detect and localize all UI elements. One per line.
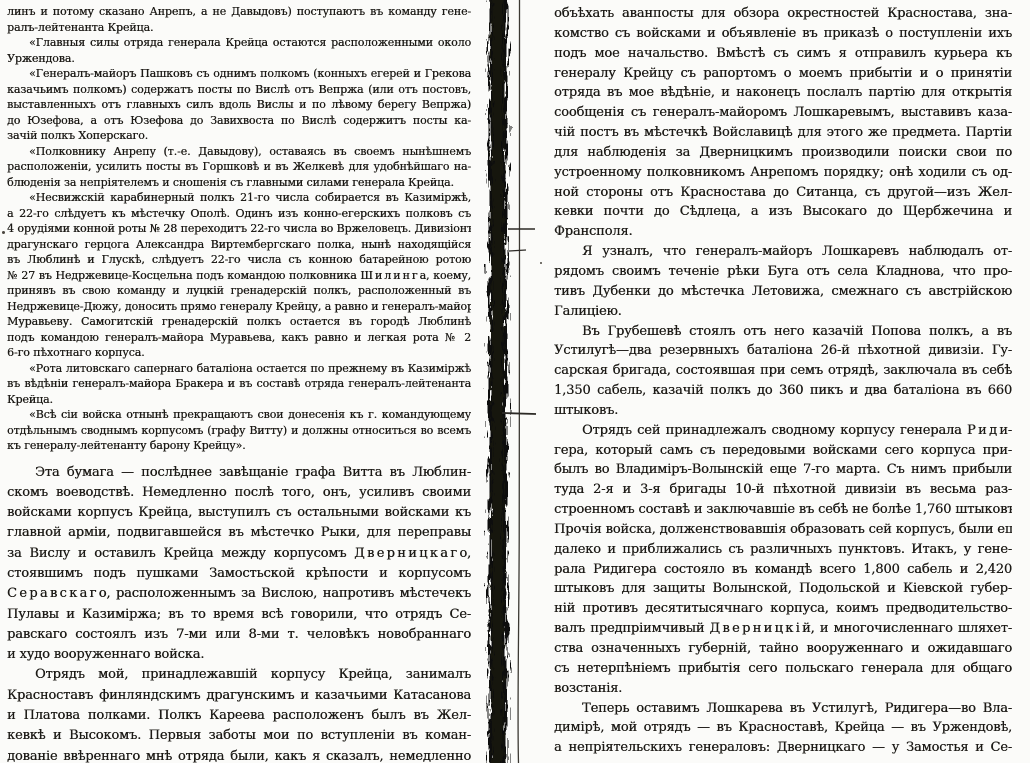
text-line: кевкѣ и Высокомъ. Первыя заботы мои по в… bbox=[7, 726, 471, 746]
text-line: Устилугѣ—два резервныхъ баталіона 26-й п… bbox=[554, 341, 1012, 361]
text-line: блюденія за непріятелемъ и сношенія съ г… bbox=[7, 175, 471, 191]
text-line: сообщенія съ генералъ-майоромъ Лошкаревы… bbox=[554, 103, 1012, 123]
text-line: Эта бумага — послѣднее завѣщаніе графа В… bbox=[7, 463, 471, 483]
text-line: ства означенныхъ губерній, тайно вооруже… bbox=[554, 639, 1012, 659]
text-line: дованіе ввѣреннаго мнѣ отряда были, какъ… bbox=[7, 747, 471, 763]
text-line: ній противъ десятитысячнаго корпуса, кои… bbox=[554, 599, 1012, 619]
text-line: «Рота литовскаго сапернаго баталіона ост… bbox=[7, 361, 471, 377]
text-line: войсками корпусъ Крейца, выступилъ съ ос… bbox=[7, 503, 471, 523]
gutter-tick-3 bbox=[502, 413, 536, 414]
text-line: къ генералу-лейтенанту барону Крейцу». bbox=[7, 438, 471, 454]
text-line: Въ Грубешевѣ стоялъ отъ него казачій Поп… bbox=[554, 322, 1012, 342]
text-line: подъ командою генералъ-майора Муравьева,… bbox=[7, 330, 471, 346]
text-line: и худо вооруженнаго войска. bbox=[7, 645, 471, 665]
text-line: сарская бригада, состоявшая при семъ отр… bbox=[554, 361, 1012, 381]
text-line: Отрядъ сей принадлежалъ сводному корпусу… bbox=[554, 421, 1012, 441]
text-line: рала Ридигера состояло въ командѣ всего … bbox=[554, 560, 1012, 580]
text-line: чій постъ въ мѣстечкѣ Войславицѣ для это… bbox=[554, 123, 1012, 143]
text-line: тивъ Дубенки до мѣстечка Летовижа, смежн… bbox=[554, 282, 1012, 302]
text-line: Прочія войска, долженствовавшія образова… bbox=[554, 520, 1012, 540]
text-line: казачьимъ полкомъ) содержатъ посты по Ви… bbox=[7, 82, 471, 98]
text-line: а 22-го слѣдуетъ къ мѣстечку Ополѣ. Один… bbox=[7, 206, 471, 222]
section-gap bbox=[7, 454, 471, 463]
text-line: Муравьеву. Самогитскій гренадерскій полк… bbox=[7, 314, 471, 330]
left-page: линъ и потому сказано Анрепъ, а не Давыд… bbox=[7, 0, 471, 763]
text-line: отдѣльнымъ своднымъ корпусомъ (графу Вит… bbox=[7, 423, 471, 439]
binding-gutter bbox=[478, 0, 538, 763]
right-page-body-text: объѣхать аванпосты для обзора окрестност… bbox=[554, 4, 1012, 758]
gutter-shadow-band bbox=[489, 0, 507, 763]
text-line: въ вѣдѣніи генералъ-майора Бракера и въ … bbox=[7, 376, 471, 392]
text-line: комство съ войсками и объявленіе въ прик… bbox=[554, 24, 1012, 44]
text-line: расположеніи, усилить посты въ Горшковѣ … bbox=[7, 159, 471, 175]
text-line: 4 орудіями конной роты № 28 переходитъ 2… bbox=[7, 221, 471, 237]
text-line: димірѣ, мой отрядъ — въ Красноставѣ, Кре… bbox=[554, 718, 1012, 738]
text-line: рядомъ своимъ теченіе рѣки Буга отъ села… bbox=[554, 262, 1012, 282]
text-line: Недржевице-Дюжу, доносить прямо генералу… bbox=[7, 299, 471, 315]
text-line: Франсполя. bbox=[554, 222, 1012, 242]
text-line: № 27 въ Недржевице-Косцельна подъ команд… bbox=[7, 268, 471, 284]
text-line: въ Люблинѣ и Глускѣ, слѣдуетъ 22-го числ… bbox=[7, 252, 471, 268]
gutter-tick-2 bbox=[509, 250, 526, 251]
text-line: для наблюденія за Дверницкимъ производил… bbox=[554, 143, 1012, 163]
text-line: кевки почти до Сѣдлеца, а изъ Высокаго д… bbox=[554, 202, 1012, 222]
text-line: съ нетерпѣніемъ прибытія сего польскаго … bbox=[554, 659, 1012, 679]
text-line: генералу Крейцу съ рапортомъ о моемъ при… bbox=[554, 64, 1012, 84]
text-line: «Всѣ сіи войска отнынѣ прекращаютъ свои … bbox=[7, 407, 471, 423]
left-page-body-text: Эта бумага — послѣднее завѣщаніе графа В… bbox=[7, 463, 471, 763]
text-line: «Главныя силы отряда генерала Крейца ост… bbox=[7, 35, 471, 51]
text-line: возстанія. bbox=[554, 679, 1012, 699]
text-line: Пулавы и Казиміржа; въ то время всѣ гово… bbox=[7, 605, 471, 625]
text-line: отряда въ мое вѣдѣніе, и наконецъ послал… bbox=[554, 83, 1012, 103]
text-line: Красноставъ финляндскимъ драгунскимъ и к… bbox=[7, 686, 471, 706]
text-line: линъ и потому сказано Анрепъ, а не Давыд… bbox=[7, 4, 471, 20]
text-line: стоявшимъ подъ пушками Замостьской крѣпо… bbox=[7, 564, 471, 584]
left-page-quoted-order-text: линъ и потому сказано Анрепъ, а не Давыд… bbox=[7, 4, 471, 454]
scanned-book-spread: { "paper_color": "#fbfbf9", "ink_color":… bbox=[0, 0, 1030, 763]
text-line: принявъ въ свою команду и луцкій гренаде… bbox=[7, 283, 471, 299]
gutter-fold-line bbox=[518, 0, 520, 763]
gutter-shadow-band-inner bbox=[492, 0, 503, 763]
text-line: Уржендова. bbox=[7, 51, 471, 67]
scan-speck bbox=[2, 231, 5, 234]
text-line: Я узналъ, что генералъ-майоръ Лошкаревъ … bbox=[554, 242, 1012, 262]
text-line: былъ во Владиміръ-Волынскій еще 7-го мар… bbox=[554, 460, 1012, 480]
text-line: Галиціею. bbox=[554, 302, 1012, 322]
text-line: до Юзефова, а отъ Юзефова до Завихвоста … bbox=[7, 113, 471, 129]
text-line: С е р а в с к а г о, расположеннымъ за В… bbox=[7, 584, 471, 604]
text-line: подъ мое начальство. Вмѣстѣ съ симъ я от… bbox=[554, 44, 1012, 64]
text-line: скомъ воеводствѣ. Немедленно послѣ того,… bbox=[7, 483, 471, 503]
text-line: «Генералъ-майоръ Пашковъ съ однимъ полко… bbox=[7, 66, 471, 82]
text-line: Отрядъ мой, принадлежавшій корпусу Крейц… bbox=[7, 665, 471, 685]
text-line: за Вислу и оставилъ Крейца между корпусо… bbox=[7, 544, 471, 564]
text-line: 1,350 сабель, казачій полкъ до 360 пикъ … bbox=[554, 381, 1012, 401]
text-line: далеко и приближались съ различныхъ пунк… bbox=[554, 540, 1012, 560]
text-line: устроенному полковникомъ Анрепомъ порядк… bbox=[554, 163, 1012, 183]
text-line: «Несвижскій карабинерный полкъ 21-го чис… bbox=[7, 190, 471, 206]
text-line: объѣхать аванпосты для обзора окрестност… bbox=[554, 4, 1012, 24]
text-line: Крейца. bbox=[7, 392, 471, 408]
text-line: драгунскаго герцога Александра Виртембер… bbox=[7, 237, 471, 253]
text-line: ной стороны отъ Красностава до Ситанца, … bbox=[554, 183, 1012, 203]
text-line: туда 2-я и 3-я бригады 10-й пѣхотной див… bbox=[554, 480, 1012, 500]
text-line: главной арміи, подвигавшейся въ мѣстечко… bbox=[7, 523, 471, 543]
text-line: строенномъ составѣ и заключавшіе въ себѣ… bbox=[554, 500, 1012, 520]
text-line: Теперь оставимъ Лошкарева въ Устилугѣ, Р… bbox=[554, 699, 1012, 719]
text-line: а непріятельскихъ генераловъ: Дверницкаг… bbox=[554, 738, 1012, 758]
scan-speck bbox=[540, 262, 542, 264]
text-line: штыковъ. bbox=[554, 401, 1012, 421]
text-line: гера, который самъ съ передовыми войскам… bbox=[554, 441, 1012, 461]
right-page: объѣхать аванпосты для обзора окрестност… bbox=[554, 0, 1012, 763]
text-line: и Платова полками. Полкъ Кареева располо… bbox=[7, 706, 471, 726]
text-line: 6-го пѣхотнаго корпуса. bbox=[7, 345, 471, 361]
text-line: выставленныхъ отъ главныхъ силъ вдоль Ви… bbox=[7, 97, 471, 113]
text-line: ралъ-лейтенанта Крейца. bbox=[7, 20, 471, 36]
text-line: зачій полкъ Хоперскаго. bbox=[7, 128, 471, 144]
text-line: равскаго состоялъ изъ 7-ми или 8-ми т. ч… bbox=[7, 625, 471, 645]
text-line: штыковъ для защиты Волынской, Подольской… bbox=[554, 579, 1012, 599]
text-line: валъ предпріимчивый Д в е р н и ц к і й,… bbox=[554, 619, 1012, 639]
text-line: «Полковнику Анрепу (т.-е. Давыдову), ост… bbox=[7, 144, 471, 160]
